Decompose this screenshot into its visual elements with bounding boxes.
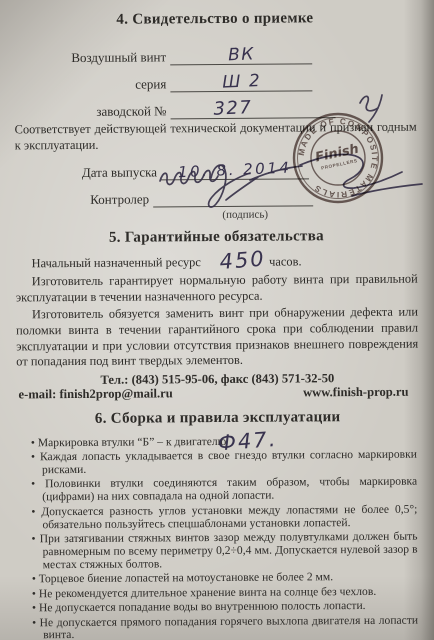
- list-item: • При затягивании стяжных винтов зазор м…: [31, 531, 417, 572]
- rule-text: Половинки втулки соединяются таким образ…: [42, 475, 417, 504]
- field-label: серия: [14, 76, 170, 93]
- section4-heading: 4. Свидетельство о приемке: [14, 9, 416, 30]
- field-line: 10. 8. 2014: [161, 161, 309, 181]
- rule-text: Маркировка втулки “Б” – к двигателю: [38, 435, 227, 449]
- resource-prefix: Начальный назначенный ресурс: [32, 255, 201, 270]
- handwritten-resource: 450: [204, 254, 267, 269]
- resource-line: Начальный назначенный ресурс 450 часов.: [16, 252, 418, 273]
- resource-suffix: часов.: [269, 255, 301, 269]
- list-item: • Маркировка втулки “Б” – к двигателю Ф4…: [31, 431, 417, 450]
- handwritten-date: 10. 8. 2014: [178, 161, 292, 180]
- list-item: • Допускается разность углов установки м…: [31, 503, 417, 532]
- field-label: Воздушный винт: [14, 49, 170, 66]
- bullet-icon: •: [32, 616, 36, 629]
- rule-text: Допускается разность углов установки меж…: [41, 502, 417, 531]
- rule-text: При затягивании стяжных винтов зазор меж…: [40, 530, 418, 571]
- contact-line: e-mail: finish2prop@mail.ru www.finish-p…: [16, 385, 418, 402]
- field-line: ВК: [170, 45, 312, 65]
- website: www.finish-prop.ru: [303, 385, 409, 400]
- field-row-series: серия Ш 2: [14, 66, 416, 94]
- field-label: Дата выпуска: [15, 165, 161, 182]
- field-row-propeller: Воздушный винт ВК: [14, 39, 416, 67]
- rule-text: Не допускается попадание воды во внутрен…: [39, 599, 366, 614]
- stamp: MADE OF COMPOSITE MATERIALS Finish PROPE…: [290, 110, 386, 206]
- email-entry: e-mail: finish2prop@mail.ru: [18, 387, 172, 403]
- page-content: 4. Свидетельство о приемке Воздушный вин…: [0, 0, 434, 640]
- list-item: • Не допускается прямого попадания горяч…: [32, 614, 418, 640]
- handwritten-engine-mark: Ф47.: [229, 434, 278, 448]
- bullet-icon: •: [31, 505, 35, 518]
- round-stamp-icon: MADE OF COMPOSITE MATERIALS Finish PROPE…: [290, 110, 386, 206]
- rule-text: Не допускается прямого попадания горячег…: [40, 613, 419, 640]
- bullet-icon: •: [31, 450, 35, 463]
- warranty-paragraph-2: Изготовитель обязуется заменить винт при…: [16, 305, 418, 370]
- rule-text: Торцевое биение лопастей на мотоустановк…: [39, 571, 333, 586]
- field-line: Ш 2: [170, 72, 312, 92]
- handwritten-value: ВК: [227, 47, 254, 62]
- section5-heading: 5. Гарантийные обязательства: [15, 227, 417, 248]
- section6-heading: 6. Сборка и правила эксплуатации: [17, 407, 419, 428]
- document-photo: 4. Свидетельство о приемке Воздушный вин…: [0, 0, 434, 640]
- bullet-icon: •: [31, 478, 35, 491]
- handwritten-value: 327: [213, 101, 252, 117]
- field-label: Контролер: [15, 192, 153, 209]
- email-label: e-mail:: [18, 387, 56, 401]
- bullet-icon: •: [31, 436, 35, 449]
- rule-text: Не рекомендуется длительное хранение вин…: [39, 585, 376, 600]
- signature-caption: (подпись): [175, 208, 315, 221]
- list-item: • Половинки втулки соединяются таким обр…: [31, 476, 417, 505]
- handwritten-value: Ш 2: [222, 74, 261, 90]
- bullet-icon: •: [32, 601, 36, 614]
- bullet-icon: •: [31, 532, 35, 545]
- rules-list: • Маркировка втулки “Б” – к двигателю Ф4…: [17, 431, 420, 640]
- bullet-icon: •: [32, 587, 36, 600]
- field-label: заводской №: [14, 103, 170, 120]
- bullet-icon: •: [32, 573, 36, 586]
- warranty-paragraph-1: Изготовитель гарантирует нормальную рабо…: [16, 272, 418, 306]
- email-address: finish2prop@mail.ru: [59, 387, 172, 402]
